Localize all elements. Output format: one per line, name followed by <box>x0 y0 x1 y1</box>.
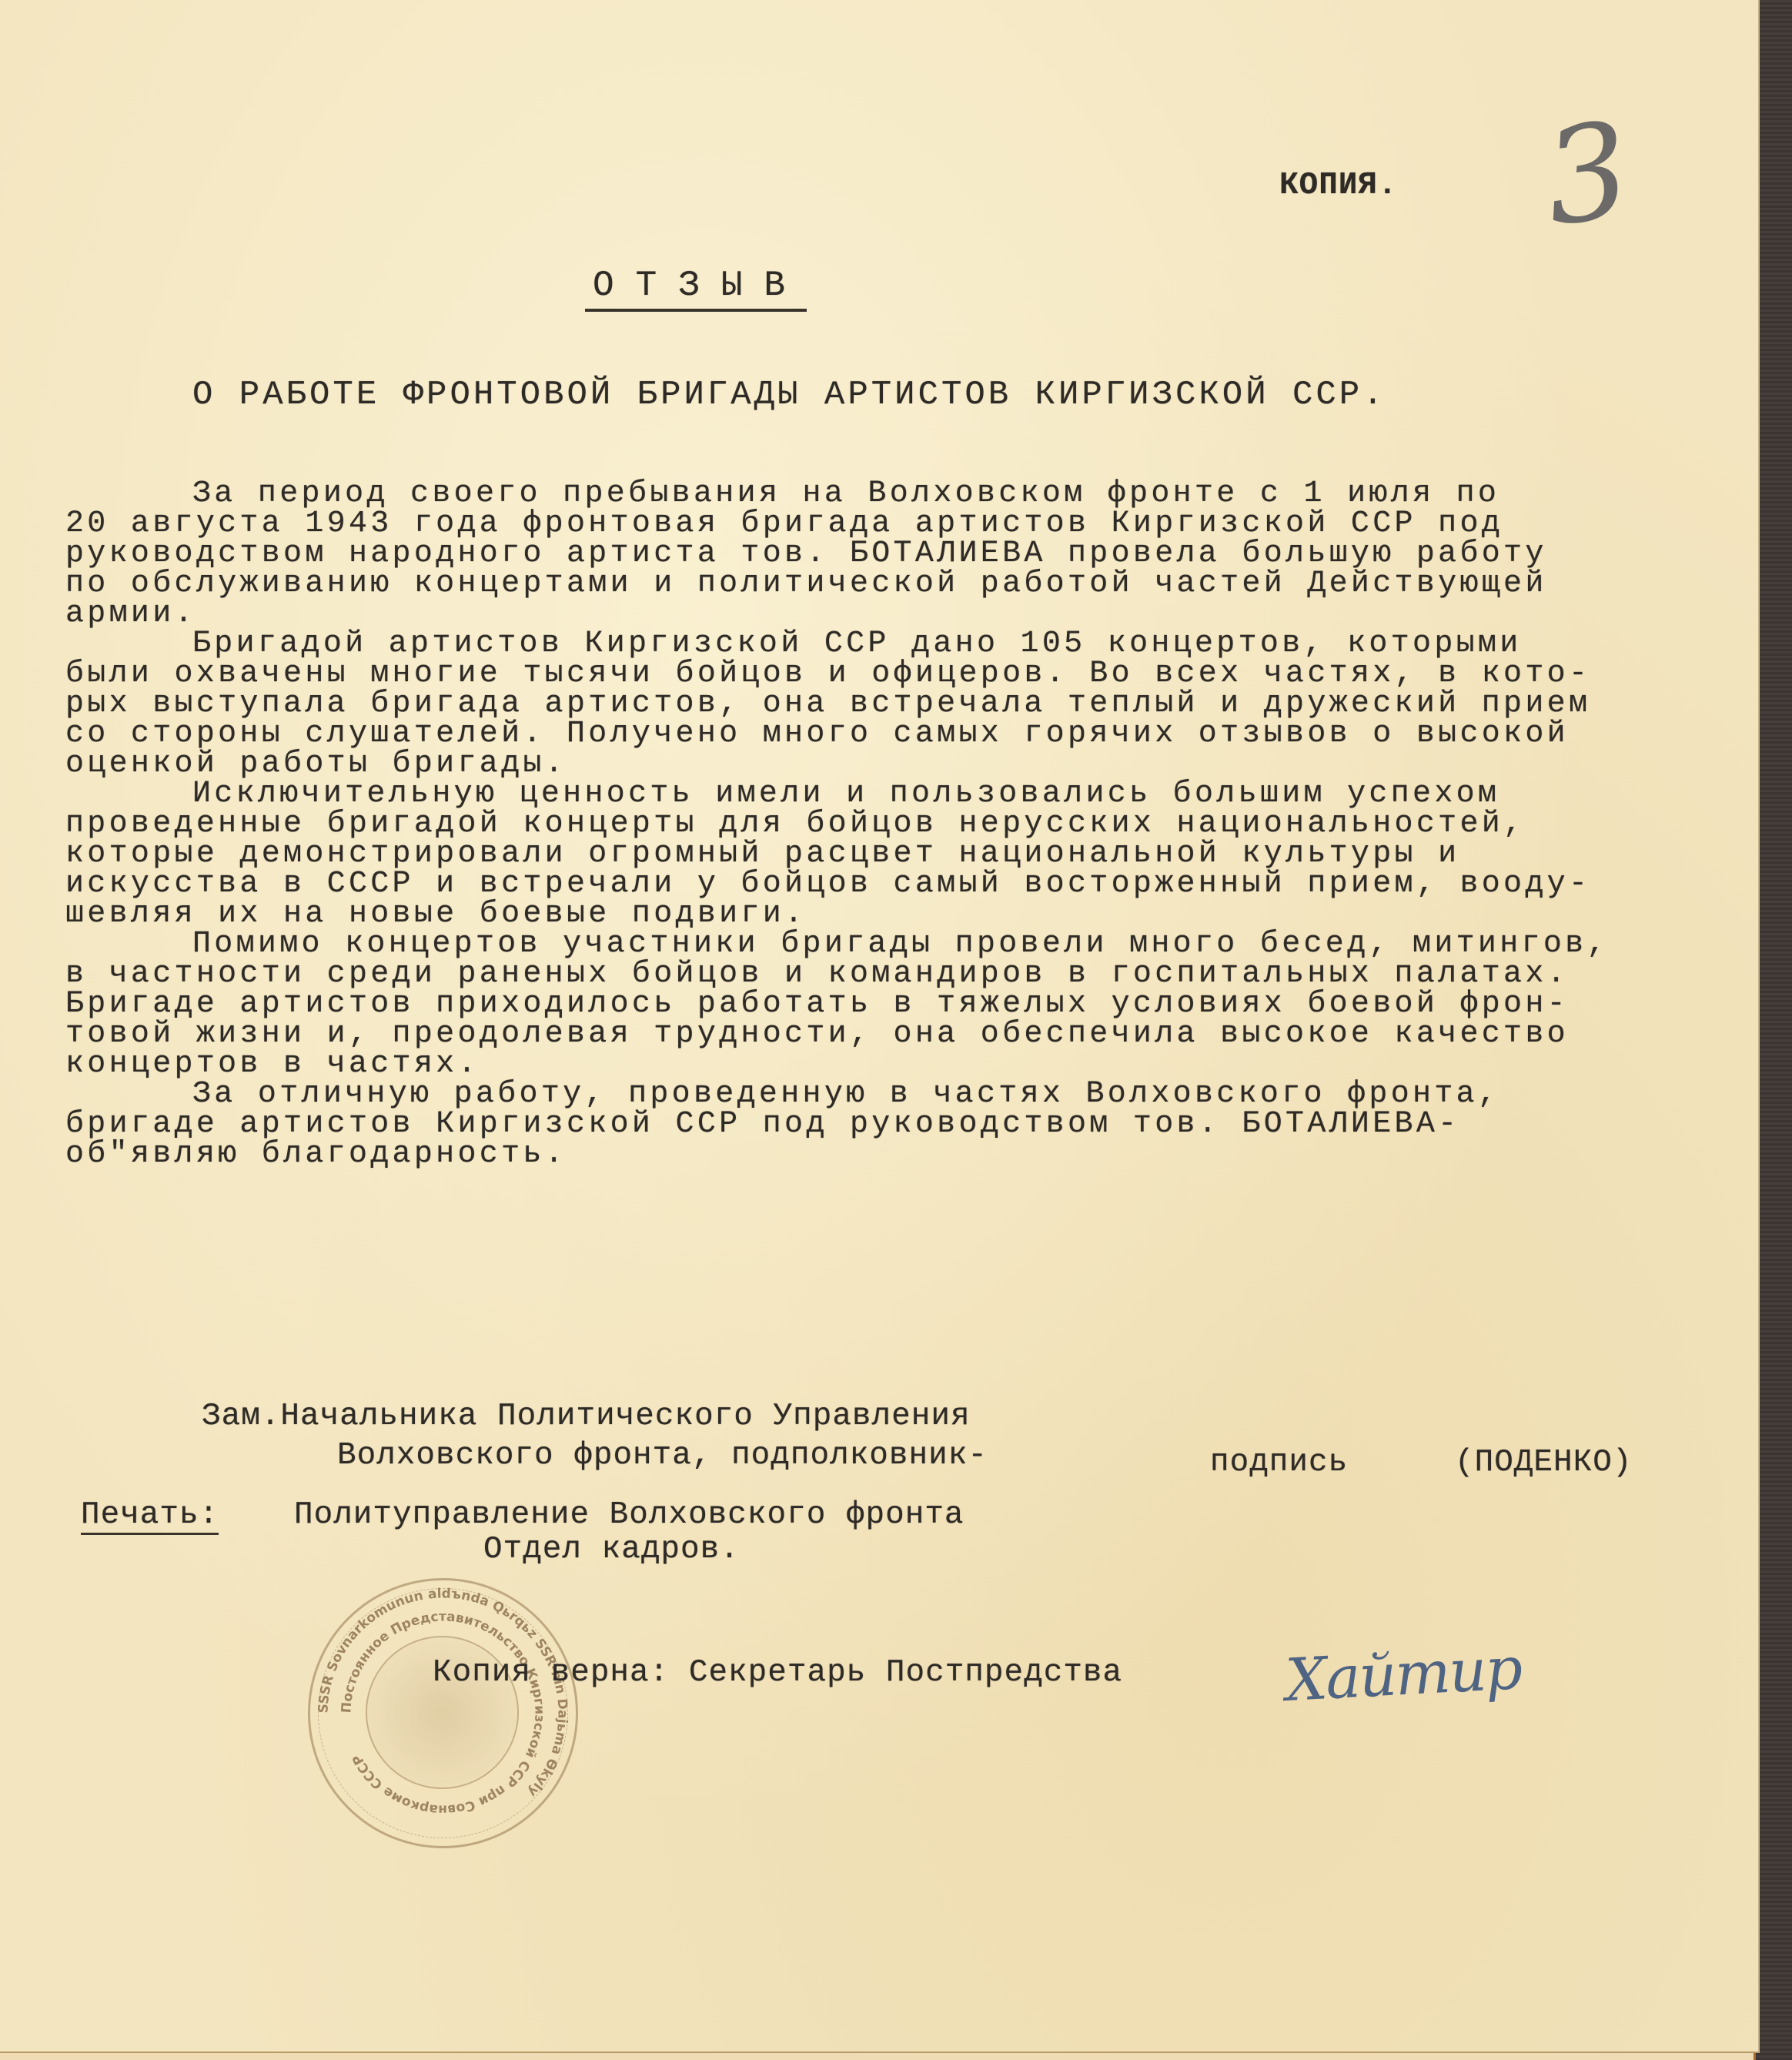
stamp-label: Печать: <box>81 1497 219 1535</box>
body-line: со стороны слушателей. Получено много са… <box>65 719 1728 749</box>
body-line: За период своего пребывания на Волховско… <box>65 479 1728 509</box>
stamp-text-line2: Отдел кадров. <box>483 1532 740 1567</box>
certification-line: Копия верна: Секретарь Постпредства <box>433 1655 1122 1690</box>
seal-text-ring: SSSR Sоvnarkоmunun aldъnda Qьrqьz SSR-ni… <box>310 1580 576 1846</box>
copy-label: КОПИЯ. <box>1279 168 1398 203</box>
document-title: ОТЗЫВ <box>585 266 807 312</box>
body-line: Помимо концертов участники бригады прове… <box>65 929 1728 959</box>
signatory-name: (ПОДЕНКО) <box>1455 1445 1632 1480</box>
body-line: искусства в СССР и встречали у бойцов са… <box>65 869 1728 899</box>
body-line: Исключительную ценность имели и пользова… <box>65 779 1728 809</box>
body-line: бригаде артистов Киргизской ССР под руко… <box>65 1109 1728 1139</box>
body-line: рых выступала бригада артистов, она встр… <box>65 689 1728 719</box>
body-line: об"являю благодарность. <box>65 1139 1728 1169</box>
body-line: Бригадой артистов Киргизской ССР дано 10… <box>65 629 1728 659</box>
body-line: шевляя их на новые боевые подвиги. <box>65 899 1728 929</box>
body-line: концертов в частях. <box>65 1049 1728 1079</box>
svg-text:Постоянное Представительство К: Постоянное Представительство Киргизской … <box>339 1609 547 1817</box>
body-line: по обслуживанию концертами и политическо… <box>65 569 1728 599</box>
round-seal: SSSR Sоvnarkоmunun aldъnda Qьrqьz SSR-ni… <box>308 1578 578 1848</box>
document-sheet: КОПИЯ. 3 ОТЗЫВ О РАБОТЕ ФРОНТОВОЙ БРИГАД… <box>0 0 1760 2053</box>
body-line: За отличную работу, проведенную в частях… <box>65 1079 1728 1109</box>
handwritten-signature: Хайтир <box>1284 1634 1523 1714</box>
body-line: оценкой работы бригады. <box>65 749 1728 779</box>
seal-inner-text: Постоянное Представительство Киргизской … <box>339 1609 547 1817</box>
body-line: в частности среди раненых бойцов и коман… <box>65 959 1728 989</box>
signature-placeholder: подпись <box>1210 1445 1348 1480</box>
page-number: 3 <box>1536 93 1640 256</box>
body-line: проведенные бригадой концерты для бойцов… <box>65 809 1728 839</box>
document-subtitle: О РАБОТЕ ФРОНТОВОЙ БРИГАДЫ АРТИСТОВ КИРГ… <box>192 376 1386 414</box>
body-line: Бригаде артистов приходилось работать в … <box>65 989 1728 1019</box>
body-line: были охвачены многие тысячи бойцов и офи… <box>65 659 1728 689</box>
body-line: 20 августа 1943 года фронтовая бригада а… <box>65 509 1728 539</box>
body-line: товой жизни и, преодолевая трудности, он… <box>65 1019 1728 1049</box>
signatory-title-line1: Зам.Начальника Политического Управления <box>202 1399 971 1434</box>
signatory-title-line2: Волховского фронта, подполковник- <box>337 1438 988 1473</box>
stamp-text-line1: Политуправление Волховского фронта <box>294 1497 965 1533</box>
document-body: За период своего пребывания на Волховско… <box>65 479 1728 1169</box>
body-line: армии. <box>65 599 1728 629</box>
body-line: которые демонстрировали огромный расцвет… <box>65 839 1728 869</box>
body-line: руководством народного артиста тов. БОТА… <box>65 539 1728 569</box>
